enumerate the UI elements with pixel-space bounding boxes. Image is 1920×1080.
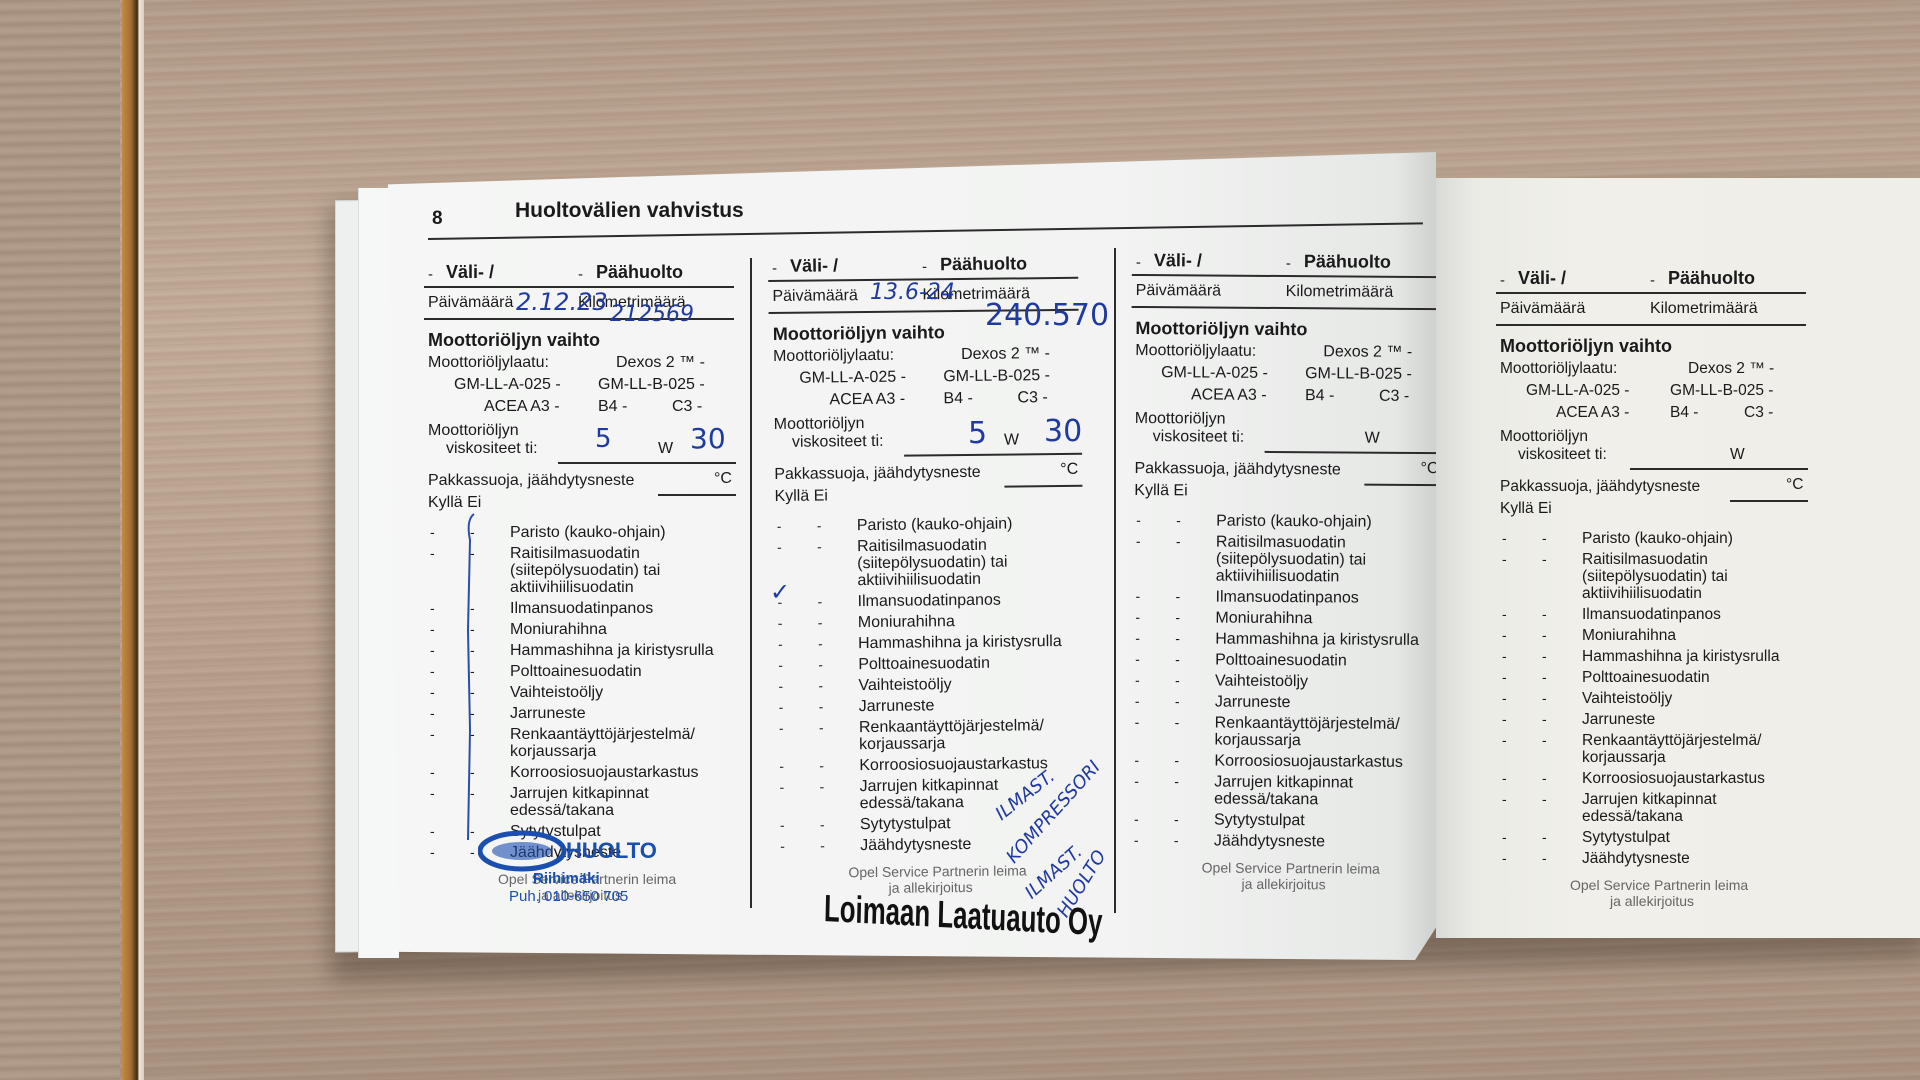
yes-dash: - <box>780 817 785 833</box>
stamp-location: Riihimäki <box>533 870 600 887</box>
checklist-item: aktiivihiilisuodatin <box>857 571 981 590</box>
checklist-item: Paristo (kauko-ohjain) <box>1216 513 1372 532</box>
km-label: Kilometrimäärä <box>1286 283 1394 302</box>
no-dash: - <box>1542 606 1547 622</box>
checklist-item: korjaussarja <box>510 743 596 761</box>
handwritten-date-1: 2.12.23 <box>516 288 608 316</box>
spec-c3: C3 - <box>672 398 702 416</box>
checklist-item: Hammashihna ja kiristysrulla <box>858 633 1062 653</box>
checklist-item: Raitisilmasuodatin <box>1582 551 1708 569</box>
yes-dash: - <box>777 518 782 534</box>
yes-dash: - <box>1135 672 1140 688</box>
celsius-label: °C <box>1786 476 1803 494</box>
yes-dash: - <box>1135 630 1140 646</box>
checklist-item: Jarrujen kitkapinnat <box>510 785 649 803</box>
viscosity-rule <box>558 462 736 464</box>
spec-c3: C3 - <box>1379 388 1409 406</box>
yes-dash: - <box>780 838 785 854</box>
paahuolto-label: Päähuolto <box>940 253 1027 275</box>
checklist-item: Jarrujen kitkapinnat <box>859 777 998 796</box>
yes-dash: - <box>430 642 435 658</box>
no-dash: - <box>1174 832 1179 848</box>
checklist-item: Ilmansuodatinpanos <box>510 600 653 618</box>
paahuolto-label: Päähuolto <box>1668 268 1755 289</box>
oil-quality-label: Moottoriöljylaatu: <box>773 347 894 366</box>
page-number: 8 <box>432 208 443 230</box>
spec-dexos: Dexos 2 ™ - <box>616 354 705 372</box>
no-dash: - <box>1175 672 1180 688</box>
checklist-item: Vaihteistoöljy <box>1215 673 1308 692</box>
no-dash: - <box>818 593 823 609</box>
no-dash: - <box>1174 811 1179 827</box>
huolto-stamp-logo-icon <box>478 830 568 872</box>
wood-surface-left <box>0 0 120 1080</box>
oil-quality-label: Moottoriöljylaatu: <box>1500 360 1617 378</box>
no-dash: - <box>818 635 823 651</box>
spec-gm-b: GM-LL-B-025 - <box>1305 365 1412 384</box>
checklist-item: (siitepölysuodatin) tai <box>857 554 1007 574</box>
viscosity-label-2: viskositeet ti: <box>1153 428 1245 447</box>
checklist-item: aktiivihiilisuodatin <box>510 579 634 597</box>
yes-dash: - <box>430 844 435 860</box>
no-dash: - <box>817 538 822 554</box>
no-dash: - <box>820 837 825 853</box>
yes-dash: - <box>1502 829 1507 845</box>
header-dash: - <box>1286 255 1291 272</box>
antifreeze-label: Pakkassuoja, jäähdytysneste <box>1134 460 1340 479</box>
paahuolto-label: Päähuolto <box>596 262 683 283</box>
partner-stamp-label: Opel Service Partnerin leima <box>1202 859 1380 876</box>
yes-dash: - <box>1502 669 1507 685</box>
viscosity-label-1: Moottoriöljyn <box>1135 410 1226 429</box>
wood-edge-divider <box>122 0 144 1080</box>
checklist-item: Moniurahihna <box>510 621 607 639</box>
yes-dash: - <box>778 636 783 652</box>
checklist-item: Korroosiosuojaustarkastus <box>1582 770 1765 788</box>
checklist-item: korjaussarja <box>1215 732 1301 751</box>
viscosity-w: W <box>1730 446 1745 464</box>
partner-signature-label: ja allekirjoitus <box>1242 876 1326 893</box>
celsius-label: °C <box>714 470 732 488</box>
handwritten-km-1: 212569 <box>610 302 694 327</box>
checklist-item: Renkaantäyttöjärjestelmä/ <box>859 717 1044 737</box>
spec-b4: B4 - <box>1305 387 1334 405</box>
yes-dash: - <box>778 657 783 673</box>
no-dash: - <box>1175 609 1180 625</box>
spec-gm-a: GM-LL-A-025 - <box>454 376 561 394</box>
yes-dash: - <box>778 615 783 631</box>
checklist-item: (siitepölysuodatin) tai <box>1582 568 1728 586</box>
checklist-item: Moniurahihna <box>1582 627 1676 645</box>
checklist-item: Moniurahihna <box>1215 610 1312 629</box>
checklist-item: Renkaantäyttöjärjestelmä/ <box>1582 732 1761 750</box>
viscosity-w: W <box>1004 431 1019 449</box>
yes-dash: - <box>1502 791 1507 807</box>
partner-stamp-label: Opel Service Partnerin leima <box>1570 877 1748 893</box>
antifreeze-label: Pakkassuoja, jäähdytysneste <box>774 464 981 484</box>
yes-dash: - <box>1502 648 1507 664</box>
yes-dash: - <box>1502 732 1507 748</box>
yes-dash: - <box>1502 530 1507 546</box>
yes-dash: - <box>1134 773 1139 789</box>
yes-dash: - <box>1502 551 1507 567</box>
checklist-item: Renkaantäyttöjärjestelmä/ <box>510 726 695 744</box>
spec-acea: ACEA A3 - <box>829 391 905 410</box>
no-dash: - <box>1176 512 1181 528</box>
no-dash: - <box>818 614 823 630</box>
partner-signature-label: ja allekirjoitus <box>1610 893 1694 909</box>
km-label: Kilometrimäärä <box>1650 300 1758 318</box>
yes-dash: - <box>1502 627 1507 643</box>
yes-dash: - <box>1502 606 1507 622</box>
no-dash: - <box>820 816 825 832</box>
no-dash: - <box>1542 850 1547 866</box>
checklist-item: edessä/takana <box>510 802 614 820</box>
spec-b4: B4 - <box>943 390 973 408</box>
no-dash: - <box>817 517 822 533</box>
oil-quality-label: Moottoriöljylaatu: <box>1135 342 1256 361</box>
yes-dash: - <box>777 539 782 555</box>
handwritten-viscosity-high-1: 30 <box>690 422 726 455</box>
yes-dash: - <box>430 764 435 780</box>
checklist-item: Paristo (kauko-ohjain) <box>857 515 1013 535</box>
checklist-item: Moniurahihna <box>858 613 955 632</box>
vali-label: Väli- / <box>446 262 494 283</box>
checklist-item: Raitisilmasuodatin <box>510 545 640 563</box>
partner-stamp-label: Opel Service Partnerin leima <box>848 862 1026 880</box>
no-dash: - <box>1542 669 1547 685</box>
no-dash: - <box>1542 829 1547 845</box>
no-dash: - <box>819 698 824 714</box>
yes-dash: - <box>1134 832 1139 848</box>
yes-dash: - <box>430 823 435 839</box>
viscosity-label-2: viskositeet ti: <box>792 433 884 452</box>
checklist-item: Hammashihna ja kiristysrulla <box>1215 631 1419 650</box>
checklist-item: edessä/takana <box>860 794 964 813</box>
checklist-item: korjaussarja <box>859 735 945 754</box>
yes-dash: - <box>779 720 784 736</box>
checklist-item: Paristo (kauko-ohjain) <box>510 524 666 542</box>
yes-dash: - <box>1134 752 1139 768</box>
checklist-item: Polttoainesuodatin <box>510 663 642 681</box>
checklist-item: Polttoainesuodatin <box>1215 652 1347 671</box>
handwritten-km-2: 240.570 <box>985 298 1109 333</box>
no-dash: - <box>1175 651 1180 667</box>
vali-label: Väli- / <box>1518 268 1566 289</box>
checklist-item: Jarruneste <box>1215 694 1291 713</box>
antifreeze-label: Pakkassuoja, jäähdytysneste <box>428 472 634 490</box>
column-divider-2 <box>1114 248 1116 913</box>
column-divider-1 <box>750 258 752 908</box>
yes-dash: - <box>779 699 784 715</box>
yes-dash: - <box>1502 711 1507 727</box>
spec-acea: ACEA A3 - <box>1191 386 1267 405</box>
header-dash: - <box>1136 254 1141 271</box>
checklist-item: edessä/takana <box>1214 791 1318 810</box>
spec-b4: B4 - <box>1670 404 1698 422</box>
checklist-item: Hammashihna ja kiristysrulla <box>1582 648 1779 666</box>
viscosity-rule <box>1630 468 1808 470</box>
header-dash: - <box>1650 272 1655 289</box>
checklist-item: Jarruneste <box>859 697 935 716</box>
yes-dash: - <box>430 545 435 561</box>
check-mark-icon: ✓ <box>770 578 790 606</box>
viscosity-label-2: viskositeet ti: <box>446 440 538 458</box>
date-label: Päivämäärä <box>772 287 858 306</box>
yes-dash: - <box>430 684 435 700</box>
date-label: Päivämäärä <box>1136 282 1221 301</box>
yes-dash: - <box>1135 714 1140 730</box>
checklist-item: Paristo (kauko-ohjain) <box>1582 530 1733 548</box>
checklist-item: Polttoainesuodatin <box>858 655 990 674</box>
page-title: Huoltovälien vahvistus <box>515 199 744 223</box>
viscosity-label-2: viskositeet ti: <box>1518 446 1607 464</box>
no-dash: - <box>818 656 823 672</box>
checklist-item: Jarruneste <box>510 705 586 723</box>
checklist-item: Ilmansuodatinpanos <box>858 592 1001 611</box>
oil-change-heading: Moottoriöljyn vaihto <box>428 330 600 351</box>
yes-dash: - <box>1136 588 1141 604</box>
viscosity-label-1: Moottoriöljyn <box>774 415 865 434</box>
yes-dash: - <box>1135 609 1140 625</box>
spec-gm-b: GM-LL-B-025 - <box>943 367 1050 386</box>
yes-dash: - <box>430 705 435 721</box>
checklist-item: Korroosiosuojaustarkastus <box>510 764 699 782</box>
no-dash: - <box>819 719 824 735</box>
yes-dash: - <box>1135 693 1140 709</box>
no-dash: - <box>1542 648 1547 664</box>
spec-acea: ACEA A3 - <box>1556 404 1629 422</box>
no-dash: - <box>1175 630 1180 646</box>
oil-change-heading: Moottoriöljyn vaihto <box>1500 336 1672 357</box>
yes-no-label: Kyllä Ei <box>774 487 828 506</box>
no-dash: - <box>818 677 823 693</box>
antifreeze-label: Pakkassuoja, jäähdytysneste <box>1500 478 1700 496</box>
oil-change-heading: Moottoriöljyn vaihto <box>1135 318 1307 340</box>
spec-gm-b: GM-LL-B-025 - <box>598 376 705 394</box>
yes-dash: - <box>779 779 784 795</box>
checklist-item: Sytytystulpat <box>1582 829 1670 847</box>
paahuolto-label: Päähuolto <box>1304 251 1391 273</box>
handwritten-date-2: 13.6-24 <box>870 280 955 305</box>
stamp-brand: HUOLTO <box>566 838 657 864</box>
no-dash: - <box>1542 770 1547 786</box>
spec-gm-a: GM-LL-A-025 - <box>1526 382 1629 400</box>
yes-dash: - <box>430 524 435 540</box>
checklist-item: korjaussarja <box>1582 749 1666 767</box>
no-dash: - <box>1542 551 1547 567</box>
no-dash: - <box>1176 588 1181 604</box>
yes-dash: - <box>1502 770 1507 786</box>
header-dash: - <box>922 258 927 275</box>
antifreeze-rule <box>1730 500 1808 502</box>
spec-dexos: Dexos 2 ™ - <box>961 345 1050 364</box>
yes-dash: - <box>1134 811 1139 827</box>
spec-gm-a: GM-LL-A-025 - <box>1161 364 1268 383</box>
spec-dexos: Dexos 2 ™ - <box>1688 360 1774 378</box>
yes-no-label: Kyllä Ei <box>1134 482 1187 500</box>
checklist-item: Ilmansuodatinpanos <box>1582 606 1721 624</box>
checklist-item: Jarrujen kitkapinnat <box>1582 791 1717 809</box>
vali-label: Väli- / <box>790 255 838 277</box>
checklist-item: aktiivihiilisuodatin <box>1582 585 1702 603</box>
no-dash: - <box>1542 711 1547 727</box>
spec-acea: ACEA A3 - <box>484 398 560 416</box>
spec-c3: C3 - <box>1744 404 1773 422</box>
yes-dash: - <box>430 785 435 801</box>
date-rule <box>1496 324 1806 326</box>
vali-label: Väli- / <box>1154 250 1202 271</box>
checklist-item: Vaihteistoöljy <box>1582 690 1672 708</box>
yes-dash: - <box>430 621 435 637</box>
yes-dash: - <box>778 678 783 694</box>
checklist-item: edessä/takana <box>1582 808 1683 826</box>
viscosity-label-1: Moottoriöljyn <box>428 422 519 440</box>
yes-dash: - <box>1136 512 1141 528</box>
checklist-item: Jäähdytysneste <box>1582 850 1690 868</box>
yes-dash: - <box>1502 850 1507 866</box>
checklist-item: aktiivihiilisuodatin <box>1216 568 1340 587</box>
handwritten-bracket-line <box>458 510 488 850</box>
no-dash: - <box>1542 627 1547 643</box>
checklist-item: Sytytystulpat <box>860 815 951 834</box>
no-dash: - <box>1542 791 1547 807</box>
header-dash: - <box>772 260 777 277</box>
spec-gm-b: GM-LL-B-025 - <box>1670 382 1773 400</box>
yes-dash: - <box>779 758 784 774</box>
checklist-item: Korroosiosuojaustarkastus <box>1214 753 1403 772</box>
header-dash: - <box>428 266 433 283</box>
yes-dash: - <box>430 600 435 616</box>
checklist-item: Jäähdytysneste <box>1214 833 1325 852</box>
viscosity-w: W <box>1365 430 1380 448</box>
no-dash: - <box>1174 752 1179 768</box>
no-dash: - <box>1175 714 1180 730</box>
yes-dash: - <box>1136 533 1141 549</box>
antifreeze-rule <box>658 494 736 496</box>
viscosity-w: W <box>658 440 673 458</box>
checklist-item: Jarrujen kitkapinnat <box>1214 774 1353 793</box>
yes-dash: - <box>430 663 435 679</box>
checklist-item: Korroosiosuojaustarkastus <box>859 755 1048 775</box>
no-dash: - <box>819 757 824 773</box>
checklist-item: Sytytystulpat <box>1214 812 1305 831</box>
spec-c3: C3 - <box>1017 389 1047 407</box>
no-dash: - <box>1542 732 1547 748</box>
handwritten-viscosity-low-2: 5 <box>968 416 987 451</box>
celsius-label: °C <box>1060 461 1078 479</box>
no-dash: - <box>1176 533 1181 549</box>
checklist-item: Polttoainesuodatin <box>1582 669 1710 687</box>
no-dash: - <box>819 778 824 794</box>
no-dash: - <box>1542 690 1547 706</box>
header-dash: - <box>578 266 583 283</box>
checklist-item: Hammashihna ja kiristysrulla <box>510 642 714 660</box>
checklist-item: Jäähdytysneste <box>860 836 971 855</box>
handwritten-viscosity-low-1: 5 <box>595 424 612 454</box>
oil-quality-label: Moottoriöljylaatu: <box>428 354 549 372</box>
no-dash: - <box>1542 530 1547 546</box>
header-rule <box>1496 292 1806 294</box>
yes-dash: - <box>1135 651 1140 667</box>
checklist-item: Raitisilmasuodatin <box>1216 534 1346 553</box>
spec-b4: B4 - <box>598 398 627 416</box>
no-dash: - <box>1174 773 1179 789</box>
date-label: Päivämäärä <box>1500 300 1585 318</box>
spec-gm-a: GM-LL-A-025 - <box>799 369 906 388</box>
checklist-item: (siitepölysuodatin) tai <box>510 562 660 580</box>
stamp-phone: Puh. 010-650 705 <box>509 888 628 905</box>
yes-dash: - <box>1502 690 1507 706</box>
date-label: Päivämäärä <box>428 294 513 312</box>
header-dash: - <box>1500 272 1505 289</box>
yes-no-label: Kyllä Ei <box>1500 500 1552 518</box>
checklist-item: Ilmansuodatinpanos <box>1216 589 1359 608</box>
yes-dash: - <box>430 726 435 742</box>
spec-dexos: Dexos 2 ™ - <box>1323 343 1412 362</box>
viscosity-label-1: Moottoriöljyn <box>1500 428 1588 446</box>
checklist-item: Vaihteistoöljy <box>858 676 951 695</box>
checklist-item: Vaihteistoöljy <box>510 684 603 702</box>
no-dash: - <box>1175 693 1180 709</box>
oil-change-heading: Moottoriöljyn vaihto <box>773 322 945 345</box>
handwritten-viscosity-high-2: 30 <box>1044 414 1082 449</box>
checklist-item: Jarruneste <box>1582 711 1655 729</box>
